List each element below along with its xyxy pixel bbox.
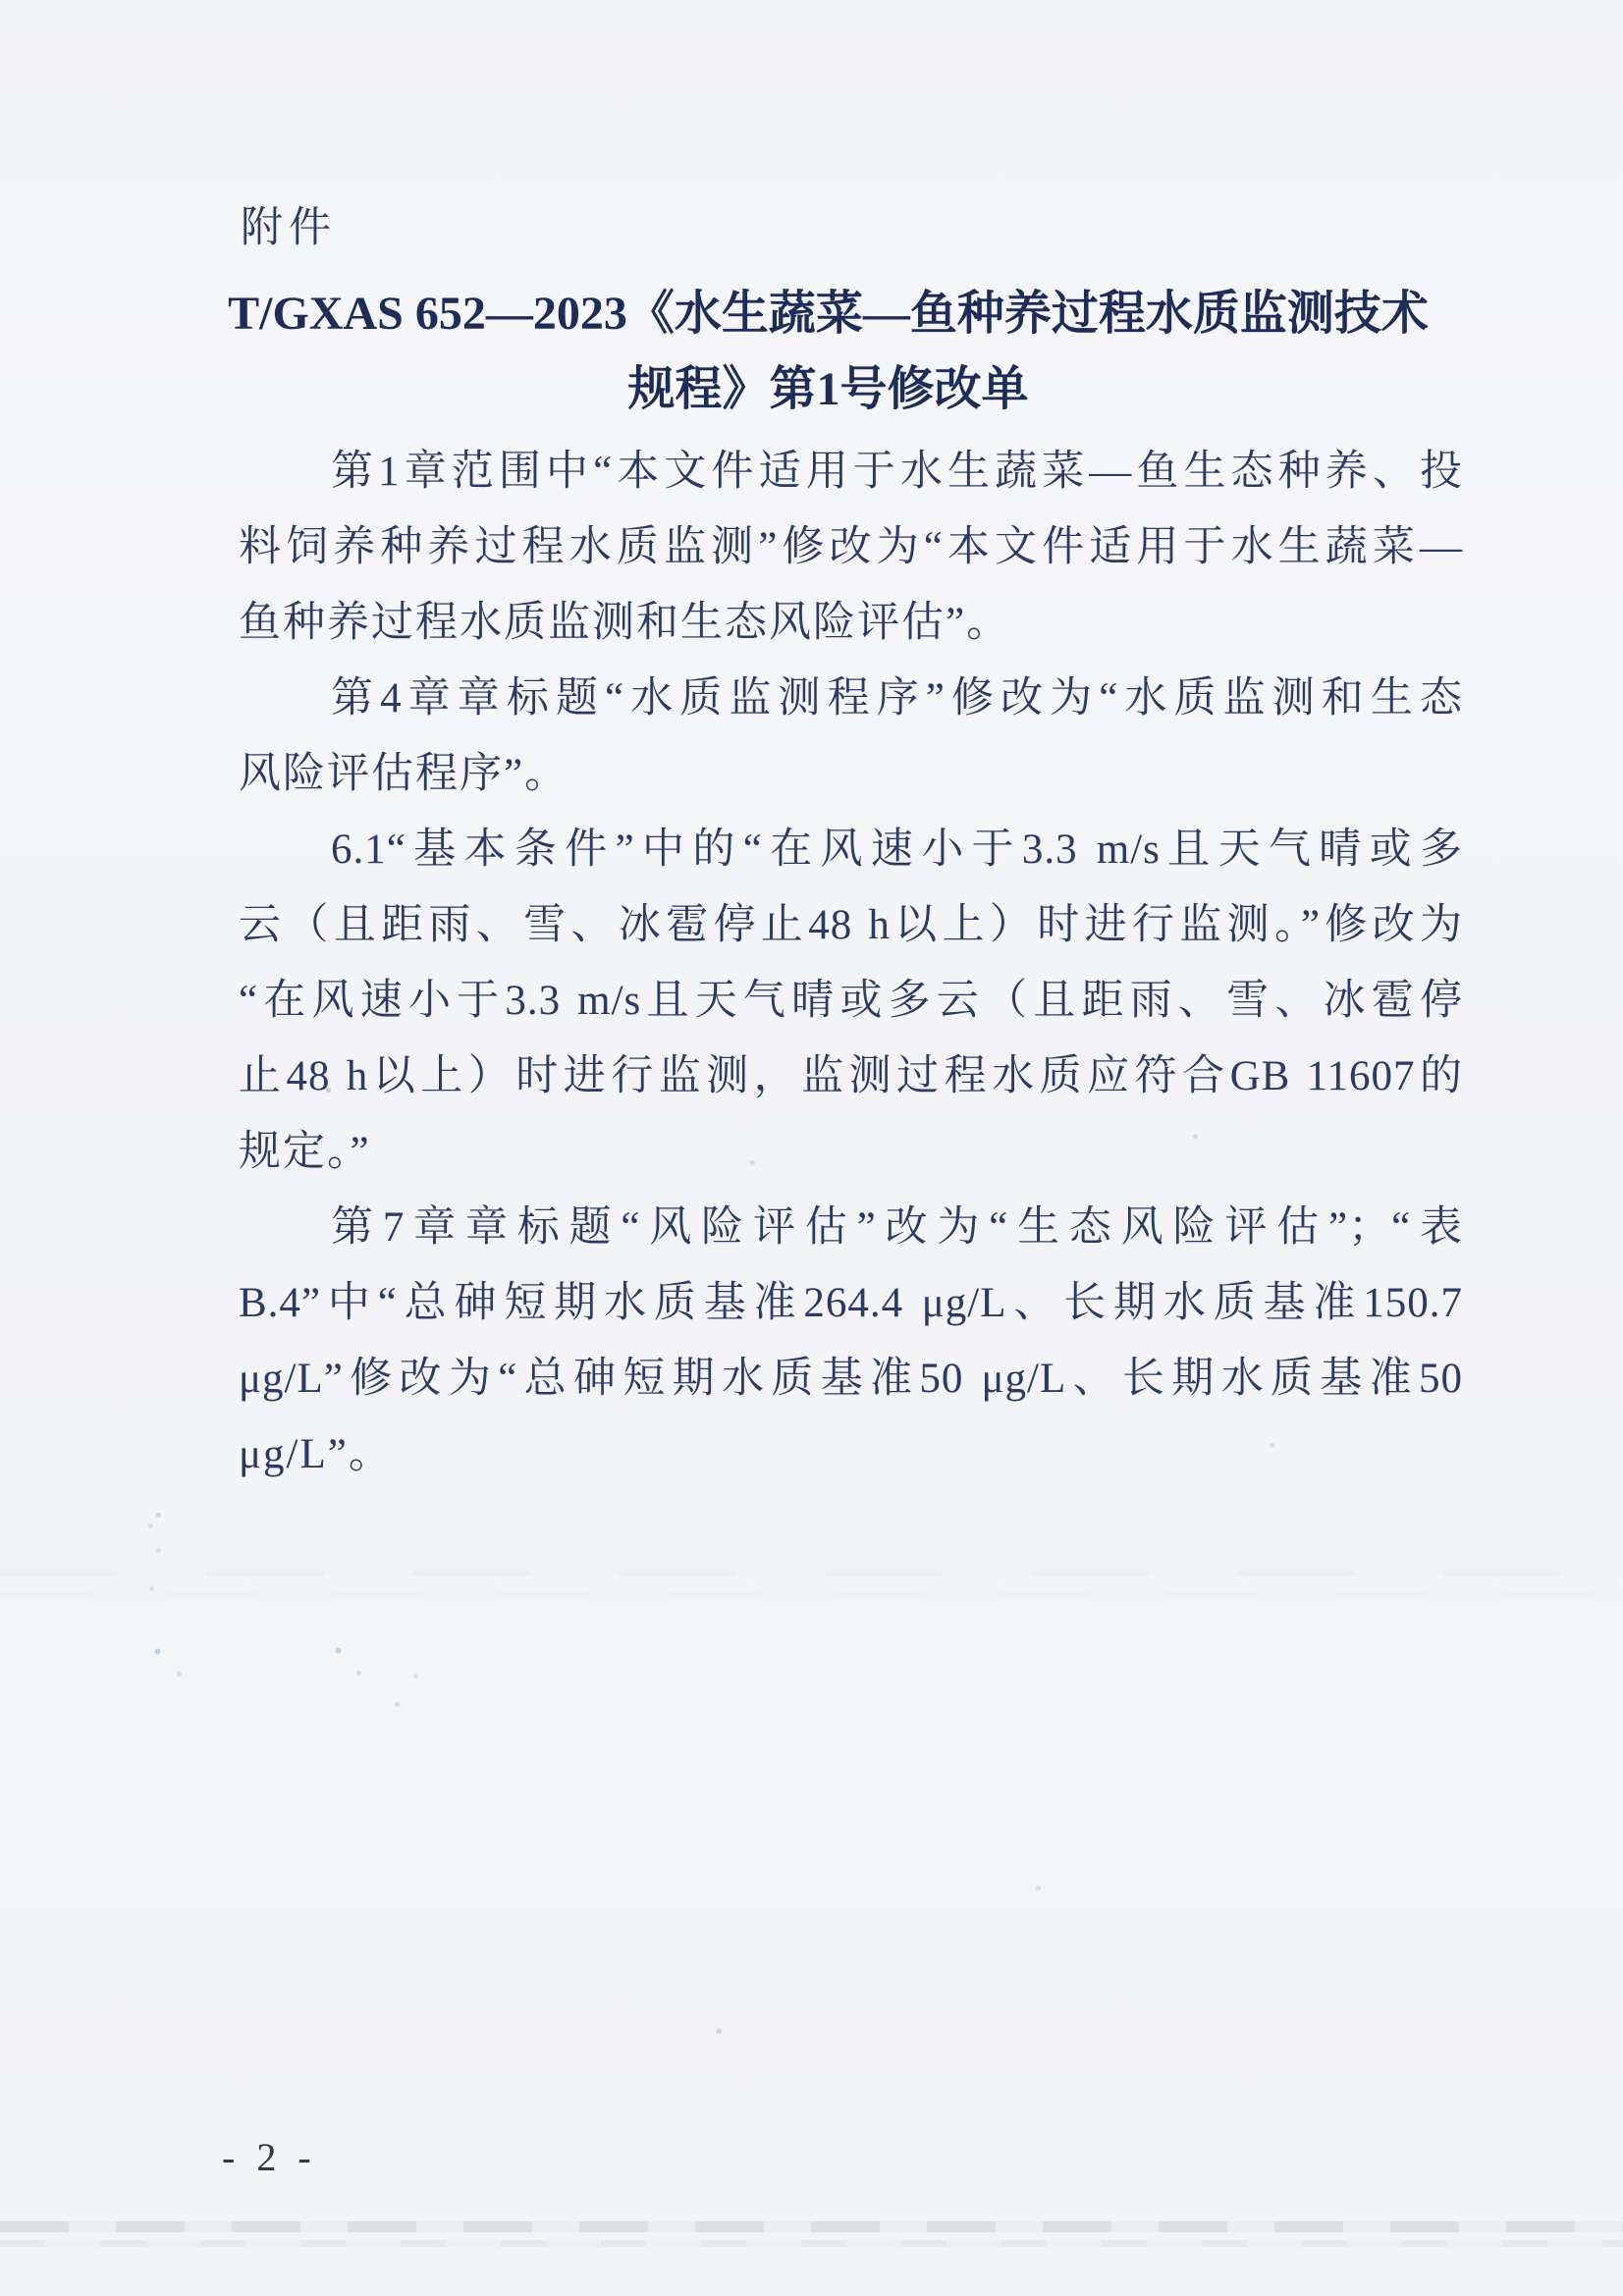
paragraph-line: 料饲养种养过程水质监测”修改为“本文件适用于水生蔬菜—	[239, 509, 1463, 585]
paragraph-line: 第4章章标题“水质监测程序”修改为“水质监测和生态	[239, 661, 1463, 736]
document-title-line-2: 规程》第1号修改单	[216, 351, 1440, 427]
paragraph-line: 止48 h以上）时进行监测，监测过程水质应符合GB 11607的	[239, 1039, 1463, 1114]
scanned-document-page: 附件 T/GXAS 652—2023《水生蔬菜—鱼种养过程水质监测技术 规程》第…	[0, 0, 1623, 2296]
document-body: 第1章范围中“本文件适用于水生蔬菜—鱼生态种养、投料饲养种养过程水质监测”修改为…	[239, 434, 1463, 1492]
paragraph-line: 第1章范围中“本文件适用于水生蔬菜—鱼生态种养、投	[239, 434, 1463, 509]
paragraph-line: B.4”中“总砷短期水质基准264.4 μg/L、长期水质基准150.7	[239, 1265, 1463, 1341]
paragraph-line: μg/L”。	[239, 1416, 1463, 1492]
paragraph-line: 第7章章标题“风险评估”改为“生态风险评估”；“表	[239, 1190, 1463, 1265]
page-number: - 2 -	[222, 2136, 317, 2179]
document-title-line-1: T/GXAS 652—2023《水生蔬菜—鱼种养过程水质监测技术	[216, 276, 1440, 351]
scan-artifact-band	[0, 1592, 1623, 1597]
paragraph-line: 云（且距雨、雪、冰雹停止48 h以上）时进行监测。”修改为	[239, 887, 1463, 963]
paragraph-line: 鱼种养过程水质监测和生态风险评估”。	[239, 585, 1463, 661]
attachment-label: 附件	[241, 204, 337, 253]
scan-artifact-band	[0, 2240, 1623, 2247]
paragraph-line: “在风速小于3.3 m/s且天气晴或多云（且距雨、雪、冰雹停	[239, 963, 1463, 1039]
document-title: T/GXAS 652—2023《水生蔬菜—鱼种养过程水质监测技术 规程》第1号修…	[216, 276, 1440, 427]
paragraph-line: μg/L”修改为“总砷短期水质基准50 μg/L、长期水质基准50	[239, 1341, 1463, 1416]
paragraph-line: 6.1“基本条件”中的“在风速小于3.3 m/s且天气晴或多	[239, 812, 1463, 887]
paragraph-line: 风险评估程序”。	[239, 736, 1463, 812]
scan-artifact-band	[0, 2221, 1623, 2232]
paragraph-line: 规定。”	[239, 1114, 1463, 1190]
scan-dust-specks	[0, 0, 3, 3]
scan-artifact-band	[0, 1571, 1623, 1576]
